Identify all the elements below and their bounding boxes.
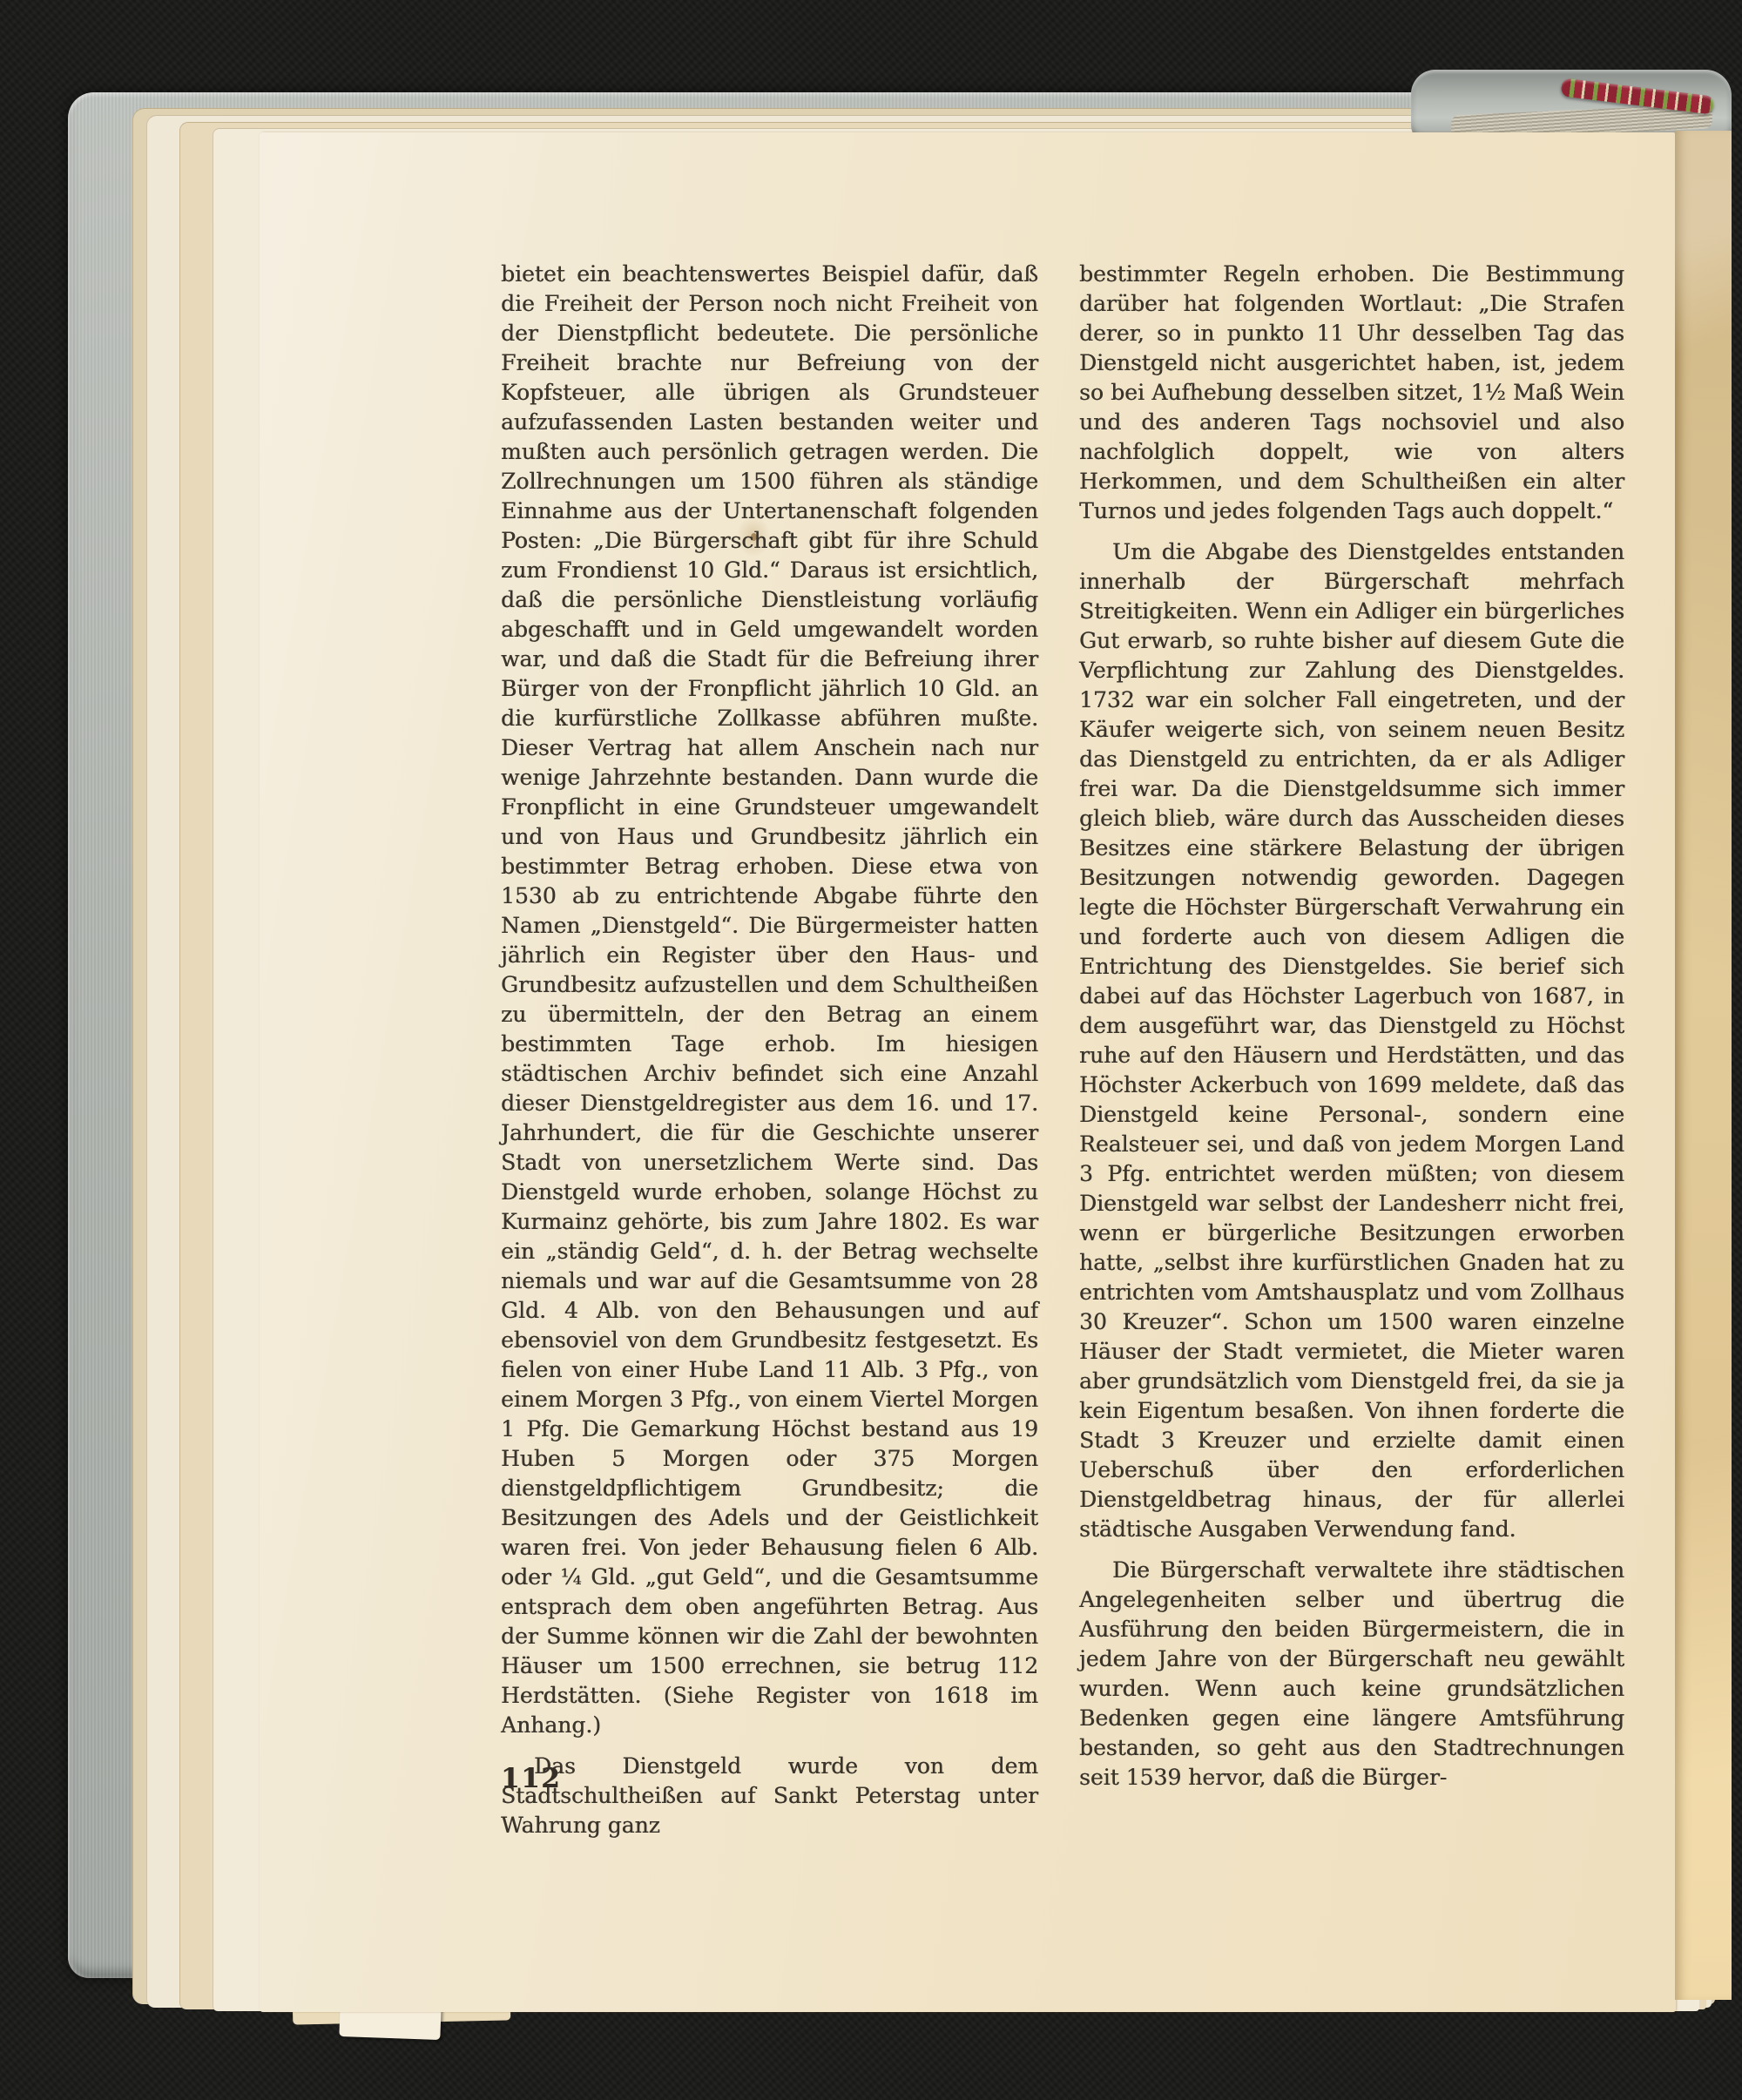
- text-column-left: bietet ein beachtenswertes Beispiel dafü…: [501, 260, 1038, 1840]
- text-column-right: bestimmter Regeln erhoben. Die Bestimmun…: [1079, 260, 1624, 1793]
- paragraph: Die Bürgerschaft verwaltete ihre städtis…: [1079, 1556, 1624, 1793]
- paragraph: Um die Abgabe des Dienstgeldes entstande…: [1079, 537, 1624, 1544]
- next-page-edge: [1675, 131, 1732, 2000]
- book-page: bietet ein beachtenswertes Beispiel dafü…: [260, 132, 1676, 2012]
- photo-background: bietet ein beachtenswertes Beispiel dafü…: [0, 0, 1742, 2100]
- page-number: 112: [501, 1763, 561, 1794]
- paragraph: bestimmter Regeln erhoben. Die Bestimmun…: [1079, 260, 1624, 526]
- paragraph: Das Dienstgeld wurde von dem Stadtschult…: [501, 1752, 1038, 1840]
- paragraph: bietet ein beachtenswertes Beispiel dafü…: [501, 260, 1038, 1740]
